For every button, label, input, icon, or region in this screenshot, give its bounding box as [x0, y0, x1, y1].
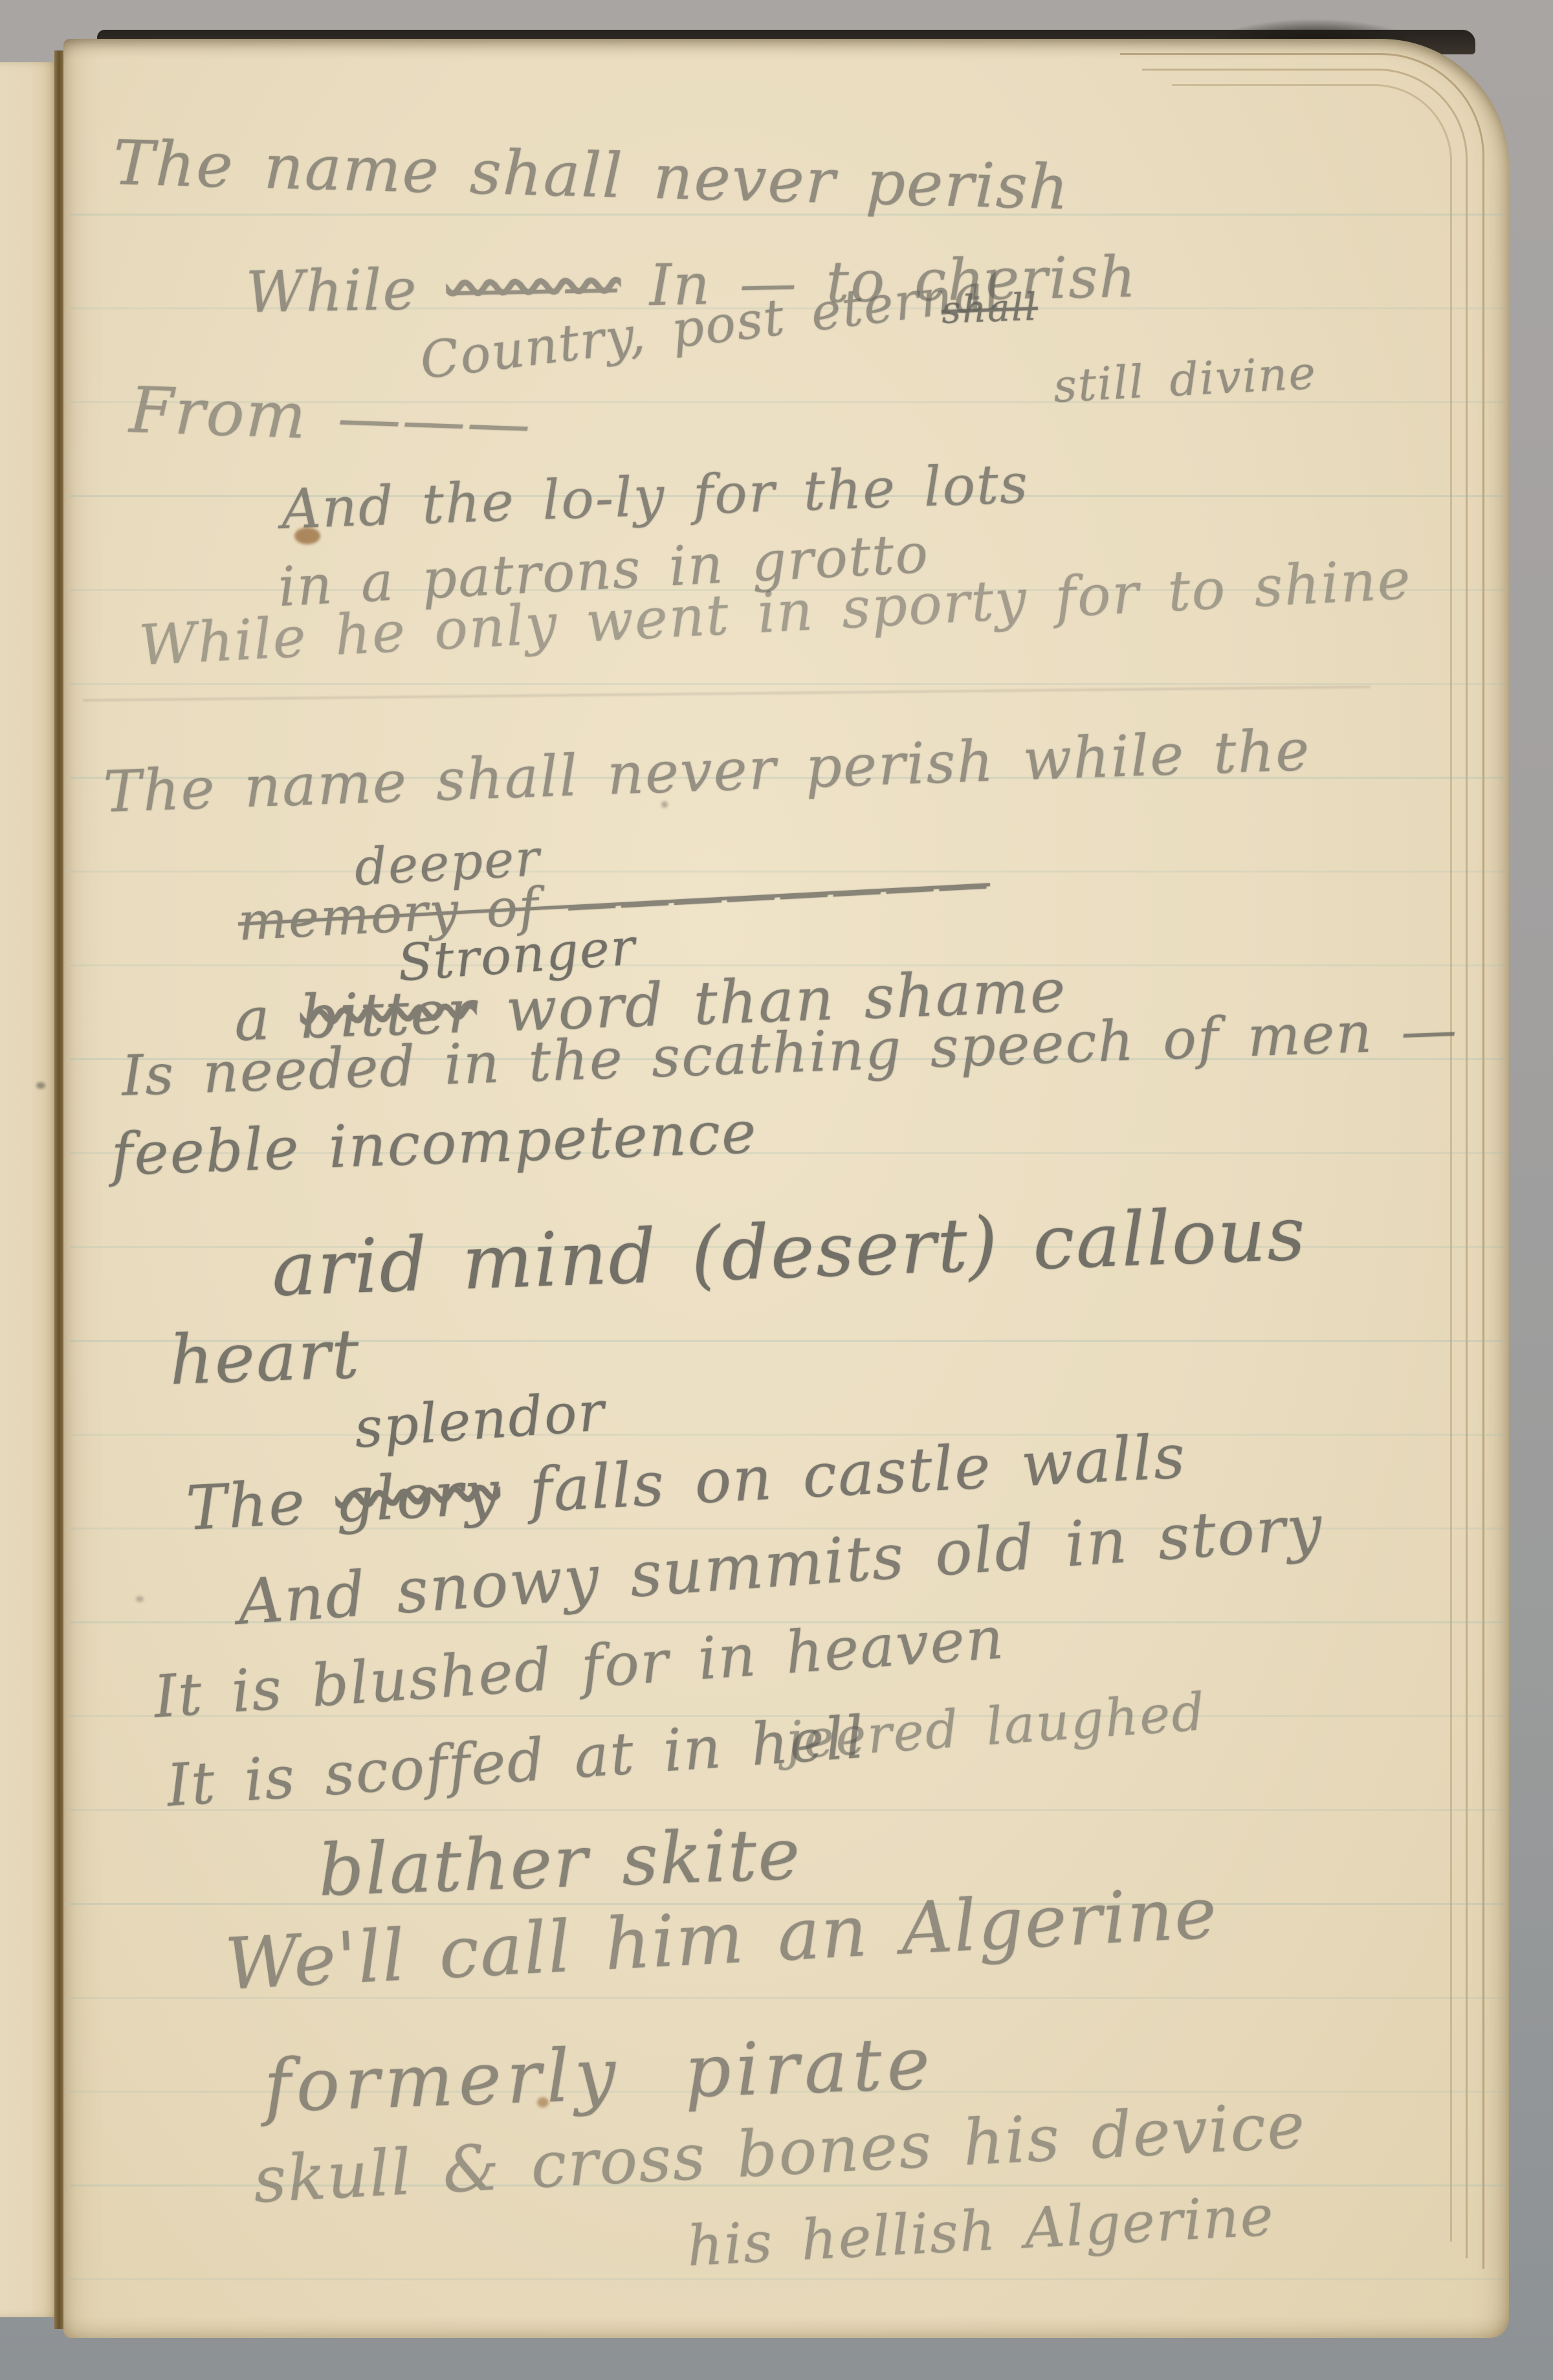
handwritten-segment: heart [168, 1315, 362, 1400]
handwritten-segment: The [184, 1466, 337, 1544]
handwritten-segment: From ——— [128, 373, 533, 462]
paper-stain [136, 1596, 144, 1602]
handwritten-line: still divine [1052, 350, 1317, 409]
previous-page-edge [0, 62, 57, 2317]
handwritten-line: blather skite [317, 1818, 802, 1906]
paper-stain [36, 1082, 45, 1089]
paper-stain [537, 2097, 549, 2108]
handwritten-segment: shall [941, 285, 1039, 332]
scanned-notebook-scene: The name shall never perishWhile ——— In … [0, 0, 1553, 2380]
handwritten-line: splendor [353, 1384, 607, 1456]
handwritten-segment: glory [334, 1458, 502, 1537]
handwritten-line: formerly pirate [263, 2027, 936, 2123]
handwritten-line: From ——— [128, 379, 533, 456]
paper-stain [294, 528, 320, 544]
handwritten-segment: While [245, 256, 446, 326]
handwritten-line: heart [168, 1320, 361, 1395]
paper-stain [661, 801, 668, 808]
handwritten-line: shall [941, 288, 1039, 329]
